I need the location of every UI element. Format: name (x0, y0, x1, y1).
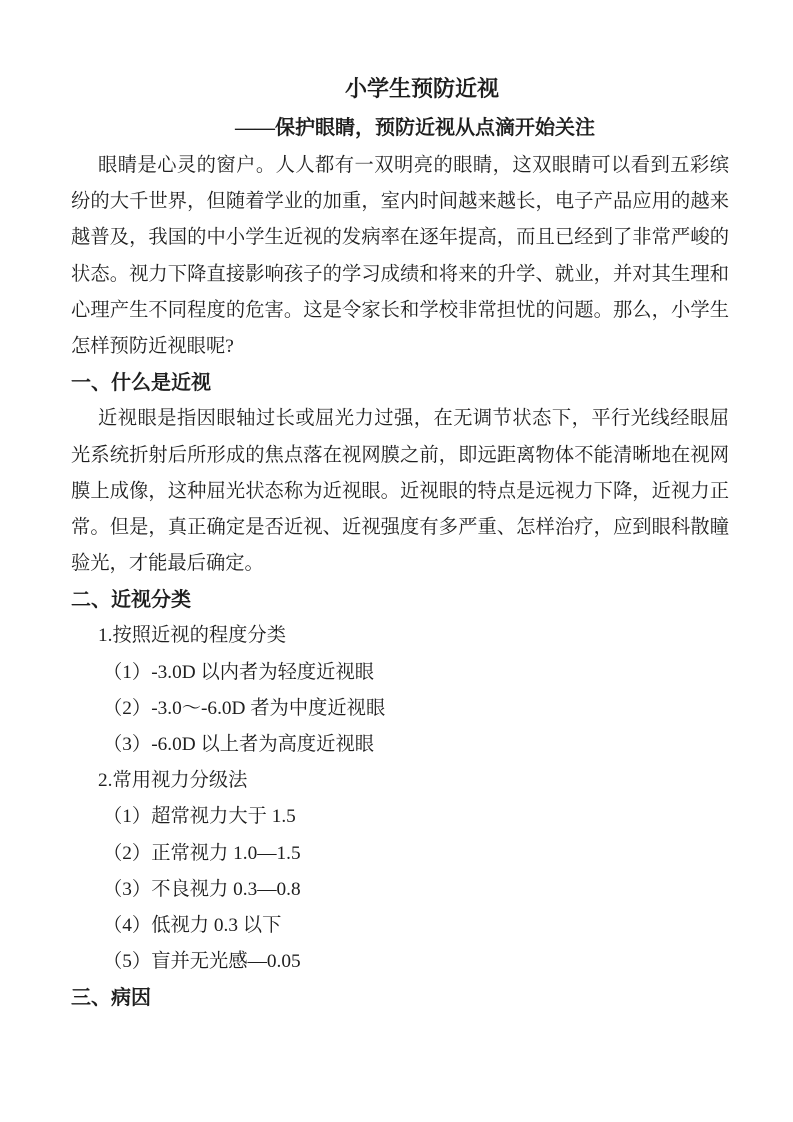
list-item: （5）盲并无光感—0.05 (71, 944, 729, 980)
section-1-heading: 一、什么是近视 (71, 365, 729, 401)
list-item: （2）-3.0～-6.0D 者为中度近视眼 (71, 691, 729, 727)
list-item: （4）低视力 0.3 以下 (71, 908, 729, 944)
list-item: （1）-3.0D 以内者为轻度近视眼 (71, 655, 729, 691)
list-item: （2）正常视力 1.0—1.5 (71, 836, 729, 872)
intro-paragraph-line: 越普及，我国的中小学生近视的发病率在逐年提高，而且已经到了非常严峻的 (71, 220, 729, 256)
section-1-paragraph-line: 膜上成像，这种屈光状态称为近视眼。近视眼的特点是远视力下降，近视力正 (71, 474, 729, 510)
list-item: 2.常用视力分级法 (71, 763, 729, 799)
intro-paragraph-line: 眼睛是心灵的窗户。人人都有一双明亮的眼睛，这双眼睛可以看到五彩缤 (71, 148, 729, 184)
section-1-paragraph-line: 光系统折射后所形成的焦点落在视网膜之前，即远距离物体不能清晰地在视网 (71, 438, 729, 474)
intro-paragraph-line: 心理产生不同程度的危害。这是令家长和学校非常担忧的问题。那么，小学生 (71, 293, 729, 329)
list-item: 1.按照近视的程度分类 (71, 618, 729, 654)
intro-paragraph-line: 状态。视力下降直接影响孩子的学习成绩和将来的升学、就业，并对其生理和 (71, 257, 729, 293)
section-1-paragraph-line: 近视眼是指因眼轴过长或屈光力过强，在无调节状态下，平行光线经眼屈 (71, 401, 729, 437)
document-title: 小学生预防近视 (71, 74, 729, 104)
list-item: （3）-6.0D 以上者为高度近视眼 (71, 727, 729, 763)
intro-paragraph-line: 纷的大千世界，但随着学业的加重，室内时间越来越长，电子产品应用的越来 (71, 184, 729, 220)
section-2-heading: 二、近视分类 (71, 582, 729, 618)
list-item: （1）超常视力大于 1.5 (71, 799, 729, 835)
section-1-paragraph-line: 常。但是，真正确定是否近视、近视强度有多严重、怎样治疗，应到眼科散瞳 (71, 510, 729, 546)
list-item: （3）不良视力 0.3—0.8 (71, 872, 729, 908)
document-page: 小学生预防近视 ——保护眼睛，预防近视从点滴开始关注 眼睛是心灵的窗户。人人都有… (0, 0, 793, 1122)
intro-paragraph-line: 怎样预防近视眼呢? (71, 329, 729, 365)
section-1-paragraph-line: 验光，才能最后确定。 (71, 546, 729, 582)
section-3-heading: 三、病因 (71, 980, 729, 1016)
document-subtitle: ——保护眼睛，预防近视从点滴开始关注 (71, 113, 729, 143)
document-body: 眼睛是心灵的窗户。人人都有一双明亮的眼睛，这双眼睛可以看到五彩缤 纷的大千世界，… (71, 148, 729, 1017)
